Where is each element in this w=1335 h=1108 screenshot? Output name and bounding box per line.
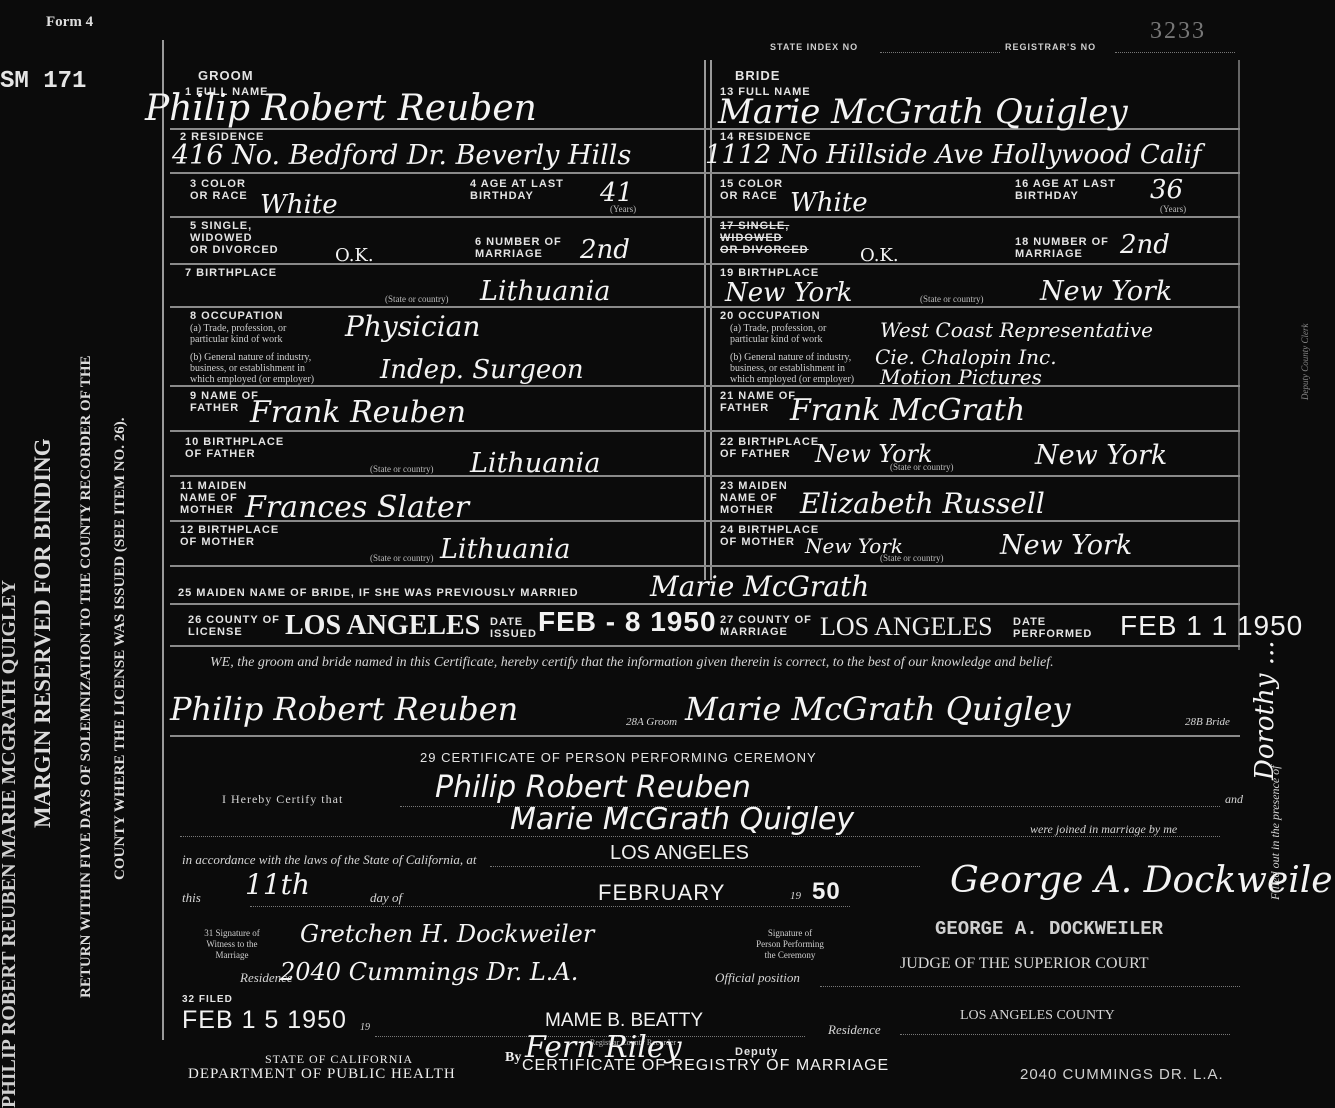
bride-signature-label: 28B Bride (1185, 716, 1230, 728)
ceremony-party-1: Philip Robert Reuben (435, 770, 751, 805)
official-position-label: Official position (715, 970, 800, 986)
bride-color: White (790, 188, 868, 218)
witness-residence: 2040 Cummings Dr. L.A. (280, 958, 578, 986)
divider (490, 866, 920, 867)
groom-mother-state-country-label: (State or country) (370, 553, 433, 563)
frame-right (1238, 60, 1240, 650)
ceremony-party-2: Marie McGrath Quigley (510, 802, 854, 837)
filled-presence-label: Filled out in the presence of (1268, 765, 1283, 900)
groom-birthplace: Lithuania (480, 276, 610, 307)
divider (820, 986, 1240, 987)
bride-marital-label: 17 SINGLE, WIDOWED OR DIVORCED (720, 220, 809, 256)
bride-residence: 1112 No Hillside Ave Hollywood Calif (705, 140, 1202, 170)
row-line (170, 430, 1240, 432)
ceremony-title: 29 CERTIFICATE OF PERSON PERFORMING CERE… (420, 752, 817, 764)
bride-years-label: (Years) (1160, 204, 1186, 214)
registrar-number: 3233 (1150, 18, 1206, 45)
license-county: LOS ANGELES (285, 610, 480, 642)
bride-birthplace: New York (725, 278, 852, 308)
bride-occupation-b-label: (b) General nature of industry, business… (730, 352, 854, 385)
clerk-label: Deputy County Clerk (1300, 324, 1310, 400)
registrars-no-label: REGISTRAR'S NO (1005, 42, 1096, 52)
groom-color-label: 3 COLOR OR RACE (190, 178, 248, 202)
certificate-title: CERTIFICATE OF REGISTRY OF MARRIAGE (522, 1057, 889, 1075)
groom-father-state-country-label: (State or country) (370, 464, 433, 474)
date-performed: FEB 1 1 1950 (1120, 610, 1303, 642)
ceremony-year: 50 (812, 878, 841, 906)
bride-father-state-country-label: (State or country) (890, 462, 953, 472)
groom-occupation-b-label: (b) General nature of industry, business… (190, 352, 314, 385)
and-label: and (1225, 792, 1243, 807)
bride-father-birthplace-country: New York (1035, 440, 1167, 471)
officiant-residence: LOS ANGELES COUNTY (960, 1008, 1115, 1024)
bride-occupation-a: West Coast Representative (880, 318, 1153, 342)
row-line (170, 172, 1240, 174)
marriage-county-label: 27 COUNTY OF MARRIAGE (720, 614, 812, 638)
groom-color: White (260, 190, 338, 220)
bride-marriage-number: 2nd (1120, 230, 1170, 260)
bride-occupation-b2: Motion Pictures (880, 365, 1042, 389)
row-line (170, 263, 1240, 265)
groom-section-label: GROOM (198, 70, 254, 82)
divider (250, 906, 850, 907)
officiant-title: JUDGE OF THE SUPERIOR COURT (900, 955, 1149, 973)
ceremony-place: LOS ANGELES (610, 842, 749, 865)
bride-mother-state-country-label: (State or country) (880, 553, 943, 563)
date-issued: FEB - 8 1950 (538, 606, 717, 638)
bride-color-label: 15 COLOR OR RACE (720, 178, 783, 202)
registrar-name: MAME B. BEATTY (545, 1010, 703, 1032)
groom-marital-label: 5 SINGLE, WIDOWED OR DIVORCED (190, 220, 279, 256)
bride-state-country-label: (State or country) (920, 294, 983, 304)
row-line (170, 603, 1240, 605)
bride-occupation-label: 20 OCCUPATION (720, 310, 821, 322)
bride-signature: Marie McGrath Quigley (685, 690, 1071, 728)
groom-full-name: Philip Robert Reuben (145, 88, 537, 129)
groom-occupation-a: Physician (345, 310, 480, 343)
groom-marital: O.K. (335, 245, 374, 266)
groom-residence: 416 No. Bedford Dr. Beverly Hills (172, 140, 631, 171)
bride-father-label: 21 NAME OF FATHER (720, 390, 796, 414)
groom-mother-birthplace: Lithuania (440, 534, 570, 565)
residence-label-2: Residence (828, 1022, 881, 1038)
clerk-signature: Dorothy ... (1250, 640, 1280, 780)
date-performed-label: DATE PERFORMED (1013, 616, 1092, 640)
divider (1115, 52, 1235, 53)
groom-father-birthplace-label: 10 BIRTHPLACE OF FATHER (185, 436, 284, 460)
bride-occupation-a-label: (a) Trade, profession, or particular kin… (730, 323, 826, 345)
bride-birthplace-country: New York (1040, 276, 1172, 307)
column-divider (710, 60, 712, 580)
form-label: Form 4 (46, 14, 93, 31)
witness-signature: Gretchen H. Dockweiler (300, 920, 594, 948)
state-label: STATE OF CALIFORNIA (265, 1052, 413, 1067)
divider (880, 52, 1000, 53)
officiant-address: 2040 CUMMINGS DR. L.A. (1020, 1066, 1224, 1083)
department-label: DEPARTMENT OF PUBLIC HEALTH (188, 1066, 456, 1083)
marriage-certificate: Form 4 SM 171 PHILIP ROBERT REUBEN MARIE… (0, 0, 1335, 1108)
divider (900, 1034, 1230, 1035)
groom-mother-birthplace-label: 12 BIRTHPLACE OF MOTHER (180, 524, 279, 548)
bride-age: 36 (1150, 175, 1183, 205)
filed-label: 32 FILED (182, 994, 233, 1006)
groom-birthplace-label: 7 BIRTHPLACE (185, 267, 277, 279)
date-issued-label: DATE ISSUED (490, 616, 537, 640)
groom-marriage-number-label: 6 NUMBER OF MARRIAGE (475, 236, 562, 260)
year-prefix: 19 (790, 890, 801, 902)
day-of-label: day of (370, 890, 402, 906)
marriage-county: LOS ANGELES (820, 612, 993, 642)
bride-age-label: 16 AGE AT LAST BIRTHDAY (1015, 178, 1116, 202)
bride-father: Frank McGrath (790, 393, 1025, 428)
witness-label: 31 Signature of Witness to the Marriage (182, 928, 282, 961)
bride-marriage-number-label: 18 NUMBER OF MARRIAGE (1015, 236, 1109, 260)
by-label: By (505, 1050, 521, 1066)
license-county-label: 26 COUNTY OF LICENSE (188, 614, 280, 638)
groom-father: Frank Reuben (250, 395, 466, 430)
groom-occupation-b: Indep. Surgeon (380, 355, 584, 385)
groom-marriage-number: 2nd (580, 235, 630, 265)
row-line (170, 475, 1240, 477)
bride-father-birthplace-label: 22 BIRTHPLACE OF FATHER (720, 436, 819, 460)
frame-left (162, 40, 164, 1040)
hereby-certify-label: I Hereby Certify that (222, 792, 343, 807)
ceremony-month: FEBRUARY (598, 880, 725, 906)
groom-age-label: 4 AGE AT LAST BIRTHDAY (470, 178, 564, 202)
column-divider (704, 60, 706, 580)
row-line (170, 385, 1240, 387)
row-line (170, 645, 1240, 647)
margin-names: PHILIP ROBERT REUBEN MARIE MCGRATH QUIGL… (0, 580, 21, 1108)
performer-label: Signature of Person Performing the Cerem… (740, 928, 840, 961)
bride-full-name: Marie McGrath Quigley (718, 92, 1128, 132)
groom-mother: Frances Slater (245, 490, 469, 525)
margin-reserved: MARGIN RESERVED FOR BINDING (30, 438, 56, 828)
groom-father-label: 9 NAME OF FATHER (190, 390, 259, 414)
bride-marital: O.K. (860, 245, 899, 266)
margin-instruction-2: COUNTY WHERE THE LICENSE WAS ISSUED (SEE… (112, 418, 129, 880)
bride-mother: Elizabeth Russell (800, 487, 1045, 520)
groom-occupation-label: 8 OCCUPATION (190, 310, 284, 322)
groom-occupation-a-label: (a) Trade, profession, or particular kin… (190, 323, 286, 345)
maiden-name-label: 25 MAIDEN NAME OF BRIDE, IF SHE WAS PREV… (178, 587, 579, 599)
ceremony-day: 11th (245, 868, 310, 901)
bride-section-label: BRIDE (735, 70, 780, 82)
laws-text: in accordance with the laws of the State… (182, 852, 477, 868)
row-line (170, 735, 1240, 737)
filed-date: FEB 1 5 1950 (182, 1006, 347, 1035)
groom-signature: Philip Robert Reuben (170, 690, 518, 728)
groom-signature-label: 28A Groom (626, 716, 677, 728)
margin-instruction-1: RETURN WITHIN FIVE DAYS OF SOLEMNIZATION… (78, 356, 95, 999)
row-line (170, 565, 1240, 567)
bride-mother-label: 23 MAIDEN NAME OF MOTHER (720, 480, 788, 516)
officiant-name: GEORGE A. DOCKWEILER (935, 918, 1163, 940)
maiden-name: Marie McGrath (650, 570, 869, 603)
form-code: SM 171 (0, 68, 86, 95)
groom-father-birthplace: Lithuania (470, 448, 600, 479)
groom-state-country-label: (State or country) (385, 294, 448, 304)
bride-mother-birthplace-country: New York (1000, 530, 1132, 561)
certification-statement: WE, the groom and bride named in this Ce… (180, 652, 1240, 674)
groom-mother-label: 11 MAIDEN NAME OF MOTHER (180, 480, 247, 516)
filed-year-suffix: 19 (360, 1022, 370, 1033)
groom-years-label: (Years) (610, 204, 636, 214)
this-label: this (182, 890, 201, 906)
joined-label: were joined in marriage by me (1030, 822, 1177, 837)
state-index-label: STATE INDEX NO (770, 42, 858, 52)
